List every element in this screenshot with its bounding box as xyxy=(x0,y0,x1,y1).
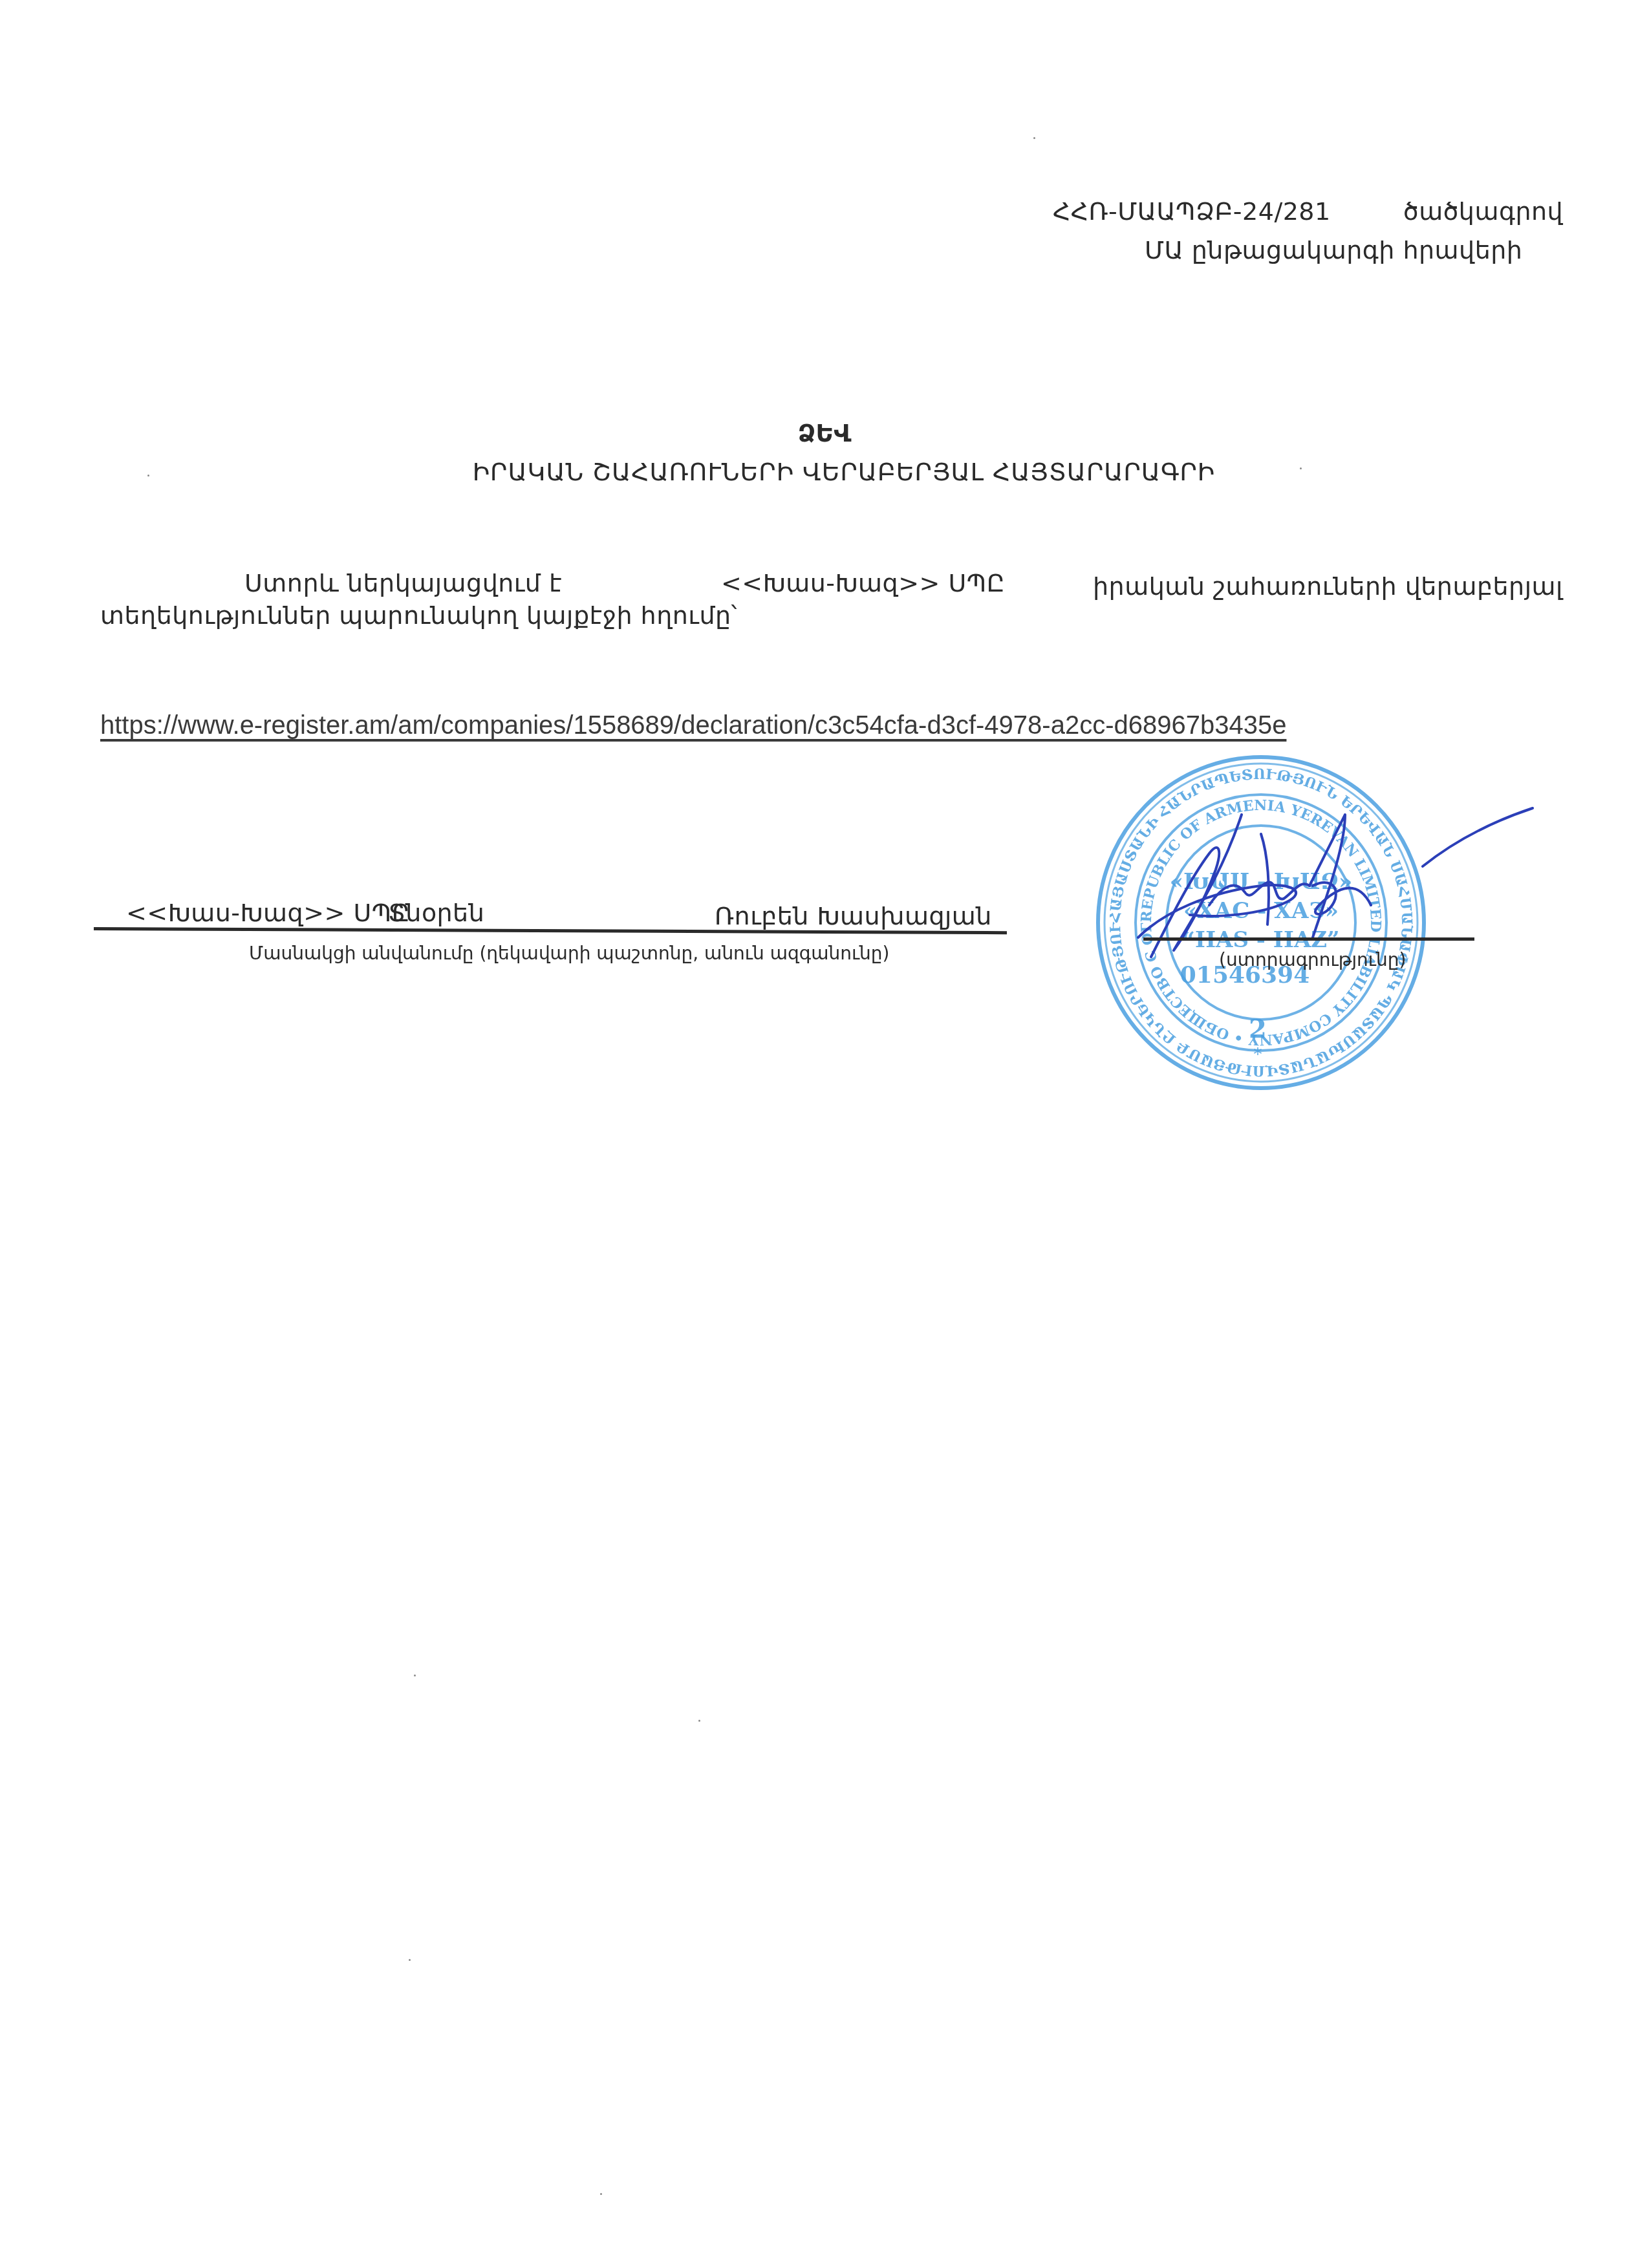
director-name: Ռուբեն Խասխազյան xyxy=(715,902,992,930)
signature-rule xyxy=(1143,937,1474,941)
signature-caption: (ստորագրությունը) xyxy=(1219,949,1406,970)
director-position: Տնօրեն xyxy=(388,899,484,927)
intro-line-start: Ստորև ներկայացվում է xyxy=(244,569,562,597)
participant-company: <<Խաս-Խազ>> ՍՊԸ xyxy=(126,899,410,927)
beneficial-owners-link[interactable]: https://www.e-register.am/am/companies/1… xyxy=(100,711,1286,740)
procurement-invitation-label: ՄԱ ընթացակարգի հրավերի xyxy=(1145,236,1522,264)
svg-text:*: * xyxy=(1254,1045,1262,1065)
intro-line-end: իրական շահառուների վերաբերյալ xyxy=(1093,572,1563,601)
participant-caption: Մասնակցի անվանումը (ղեկավարի պաշտոնը, ան… xyxy=(249,943,890,964)
intro-line-2: տեղեկություններ պարունակող կայքէջի հղում… xyxy=(100,601,737,630)
form-label: ՁԵՎ xyxy=(0,419,1649,447)
procurement-code-suffix: ծածկագրով xyxy=(1403,197,1563,226)
intro-company-name: <<Խաս-Խազ>> ՍՊԸ xyxy=(721,569,1005,597)
procurement-code: ՀՀՌ-ՄԱԱՊՁԲ-24/281 xyxy=(1053,197,1331,226)
document-title: ԻՐԱԿԱՆ ՇԱՀԱՌՈՒՆԵՐԻ ՎԵՐԱԲԵՐՅԱԼ ՀԱՅՏԱՐԱՐԱԳ… xyxy=(0,458,1649,486)
svg-text:2: 2 xyxy=(1249,1014,1267,1044)
